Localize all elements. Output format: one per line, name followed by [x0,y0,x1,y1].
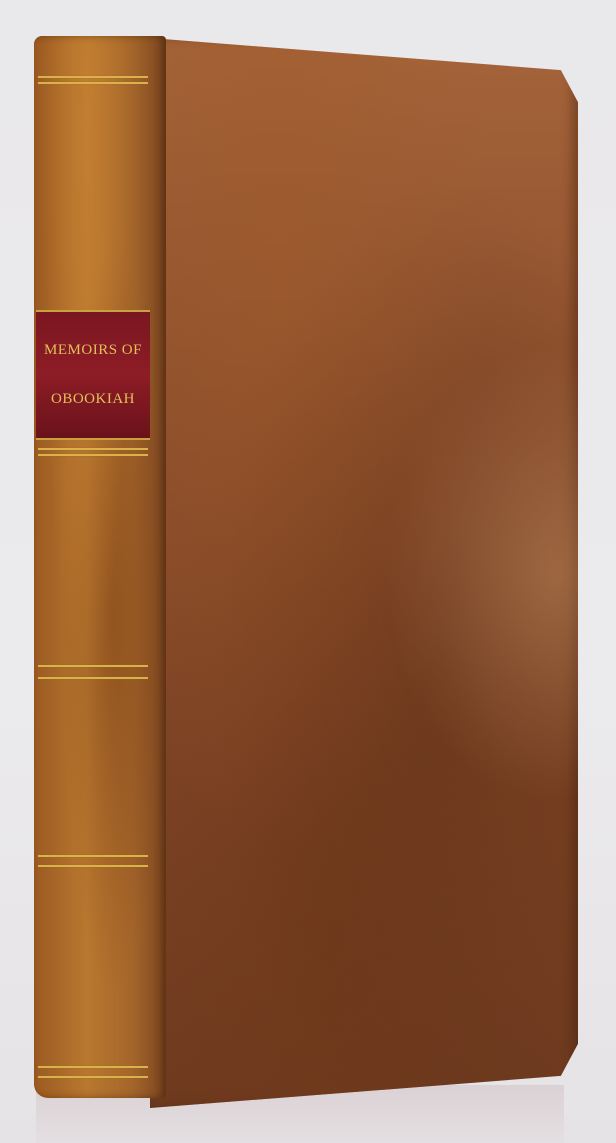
spine-title-line-1: MEMOIRS OF [44,342,142,359]
gilt-rule [38,855,148,857]
gilt-rule [38,677,148,679]
gilt-rule [38,865,148,867]
gilt-rule [38,76,148,78]
cover-highlight [150,38,578,1108]
gilt-rule [38,1076,148,1078]
book-spine [34,36,166,1098]
gilt-rule [38,454,148,456]
gilt-rule [38,82,148,84]
gilt-rule [38,448,148,450]
photo-scene: MEMOIRS OF OBOOKIAH [0,0,616,1143]
spine-title-label: MEMOIRS OF OBOOKIAH [36,310,150,440]
gilt-rule [38,665,148,667]
gilt-rule [38,1066,148,1068]
spine-title-line-2: OBOOKIAH [51,391,135,408]
